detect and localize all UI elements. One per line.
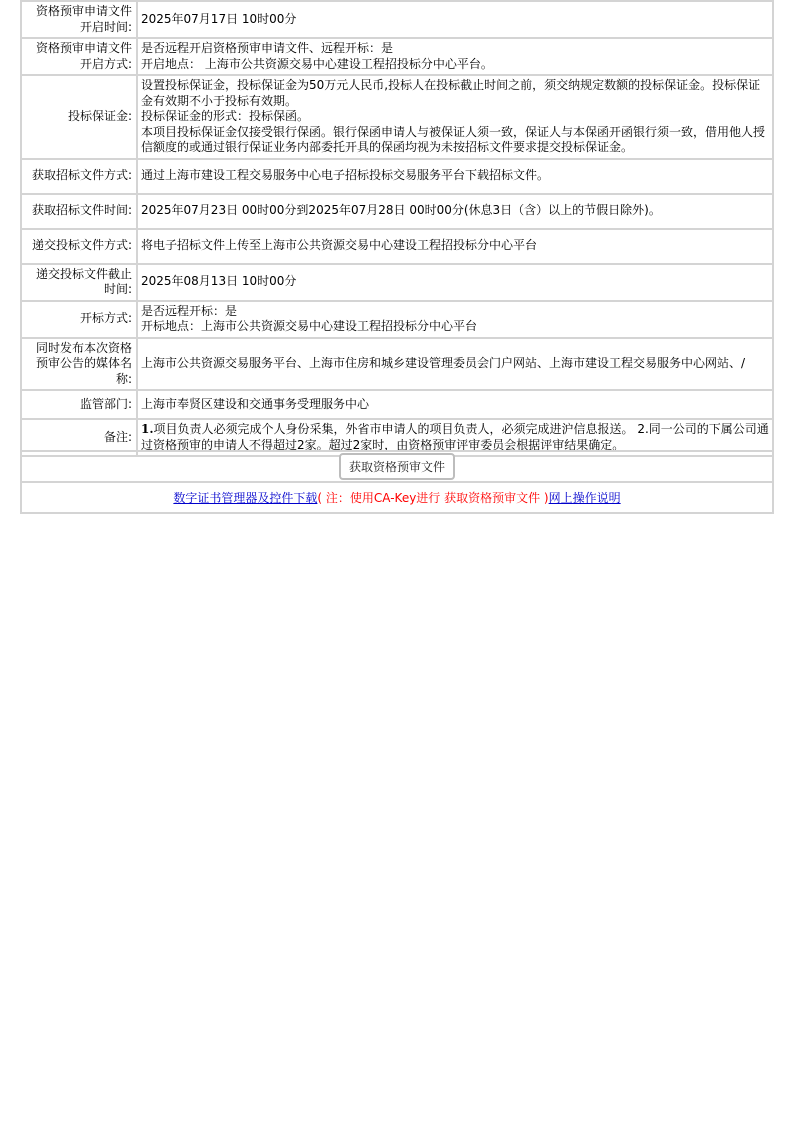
value-line: 是否远程开启资格预审申请文件、远程开标：是 (141, 41, 769, 57)
online-help-link[interactable]: 网上操作说明 (549, 491, 621, 505)
value-line: 2025年07月23日 00时00分到2025年07月28日 00时00分(休息… (141, 203, 769, 219)
value-line: 开启地点： 上海市公共资源交易中心建设工程招投标分中心平台。 (141, 57, 769, 73)
value-line: 项目负责人必须完成个人身份采集，外省市申请人的项目负责人，必须完成进沪信息报送。… (141, 422, 769, 452)
button-cell: 获取资格预审文件 (21, 451, 773, 482)
row-obtain-method: 获取招标文件方式: 通过上海市建设工程交易服务中心电子招标投标交易服务平台下载招… (21, 159, 773, 194)
value-line: 投标保证金的形式：投标保函。 (141, 109, 769, 125)
value: 通过上海市建设工程交易服务中心电子招标投标交易服务平台下载招标文件。 (137, 159, 773, 194)
label: 投标保证金: (21, 75, 137, 159)
cert-manager-download-link[interactable]: 数字证书管理器及控件下载 (173, 491, 317, 505)
link-cell: 数字证书管理器及控件下载( 注：使用CA-Key进行 获取资格预审文件 )网上操… (21, 482, 773, 513)
value: 上海市公共资源交易服务平台、上海市住房和城乡建设管理委员会门户网站、上海市建设工… (137, 338, 773, 391)
row-prequal-open-method: 资格预审申请文件开启方式: 是否远程开启资格预审申请文件、远程开标：是 开启地点… (21, 38, 773, 75)
link-row: 数字证书管理器及控件下载( 注：使用CA-Key进行 获取资格预审文件 )网上操… (21, 482, 773, 513)
value-line: 是否远程开标：是 (141, 304, 769, 320)
label: 资格预审申请文件开启时间: (21, 1, 137, 38)
label: 递交投标文件截止时间: (21, 264, 137, 301)
remark-number: 1. (141, 422, 154, 436)
row-opening-method: 开标方式: 是否远程开标：是 开标地点：上海市公共资源交易中心建设工程招投标分中… (21, 301, 773, 338)
row-obtain-time: 获取招标文件时间: 2025年07月23日 00时00分到2025年07月28日… (21, 194, 773, 229)
label: 同时发布本次资格预审公告的媒体名称: (21, 338, 137, 391)
value: 2025年07月17日 10时00分 (137, 1, 773, 38)
row-media: 同时发布本次资格预审公告的媒体名称: 上海市公共资源交易服务平台、上海市住房和城… (21, 338, 773, 391)
row-submit-method: 递交投标文件方式: 将电子招标文件上传至上海市公共资源交易中心建设工程招投标分中… (21, 229, 773, 264)
value-line: 开标地点：上海市公共资源交易中心建设工程招投标分中心平台 (141, 319, 769, 335)
get-prequal-file-button[interactable]: 获取资格预审文件 (339, 453, 455, 480)
row-submit-deadline: 递交投标文件截止时间: 2025年08月13日 10时00分 (21, 264, 773, 301)
value: 是否远程开启资格预审申请文件、远程开标：是 开启地点： 上海市公共资源交易中心建… (137, 38, 773, 75)
label: 递交投标文件方式: (21, 229, 137, 264)
row-prequal-open-time: 资格预审申请文件开启时间: 2025年07月17日 10时00分 (21, 1, 773, 38)
value-line: 2025年07月17日 10时00分 (141, 12, 769, 28)
label: 开标方式: (21, 301, 137, 338)
row-supervisor: 监管部门: 上海市奉贤区建设和交通事务受理服务中心 (21, 390, 773, 419)
value: 2025年07月23日 00时00分到2025年07月28日 00时00分(休息… (137, 194, 773, 229)
value: 2025年08月13日 10时00分 (137, 264, 773, 301)
value-line: 本项目投标保证金仅接受银行保函。银行保函申请人与被保证人须一致，保证人与本保函开… (141, 125, 769, 156)
value-line: 2025年08月13日 10时00分 (141, 274, 769, 290)
value-line: 上海市公共资源交易服务平台、上海市住房和城乡建设管理委员会门户网站、上海市建设工… (141, 356, 769, 372)
value-line: 通过上海市建设工程交易服务中心电子招标投标交易服务平台下载招标文件。 (141, 168, 769, 184)
announcement-info-table: 资格预审申请文件开启时间: 2025年07月17日 10时00分 资格预审申请文… (20, 0, 774, 457)
value: 设置投标保证金，投标保证金为50万元人民币,投标人在投标截止时间之前，须交纳规定… (137, 75, 773, 159)
value-line: 将电子招标文件上传至上海市公共资源交易中心建设工程招投标分中心平台 (141, 238, 769, 254)
value-line: 设置投标保证金，投标保证金为50万元人民币,投标人在投标截止时间之前，须交纳规定… (141, 78, 769, 109)
label: 资格预审申请文件开启方式: (21, 38, 137, 75)
button-row: 获取资格预审文件 (21, 451, 773, 482)
value: 将电子招标文件上传至上海市公共资源交易中心建设工程招投标分中心平台 (137, 229, 773, 264)
label: 获取招标文件时间: (21, 194, 137, 229)
label: 监管部门: (21, 390, 137, 419)
ca-key-note: ( 注：使用CA-Key进行 获取资格预审文件 ) (317, 491, 548, 505)
actions-table: 获取资格预审文件 数字证书管理器及控件下载( 注：使用CA-Key进行 获取资格… (20, 450, 774, 514)
label: 获取招标文件方式: (21, 159, 137, 194)
row-bid-bond: 投标保证金: 设置投标保证金，投标保证金为50万元人民币,投标人在投标截止时间之… (21, 75, 773, 159)
value-line: 上海市奉贤区建设和交通事务受理服务中心 (141, 397, 769, 413)
value: 是否远程开标：是 开标地点：上海市公共资源交易中心建设工程招投标分中心平台 (137, 301, 773, 338)
value: 上海市奉贤区建设和交通事务受理服务中心 (137, 390, 773, 419)
